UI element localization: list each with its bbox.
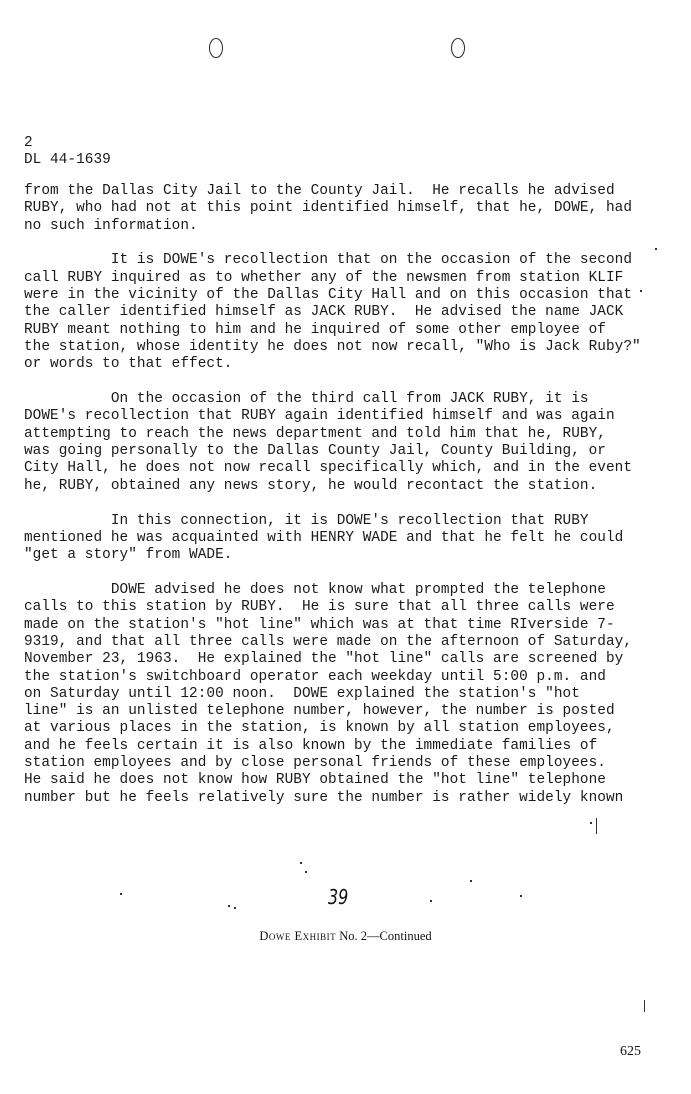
text-line: attempting to reach the news department …: [24, 426, 684, 443]
paragraph-4: In this connection, it is DOWE's recolle…: [24, 513, 684, 565]
handwritten-page-mark: 39: [328, 885, 348, 909]
text-line: It is DOWE's recollection that on the oc…: [24, 252, 684, 269]
page-number-top: 2: [24, 135, 111, 152]
text-line: from the Dallas City Jail to the County …: [24, 183, 684, 200]
punch-hole-right: [451, 38, 465, 58]
text-line: was going personally to the Dallas Count…: [24, 443, 684, 460]
punch-hole-left: [209, 38, 223, 58]
text-line: number but he feels relatively sure the …: [24, 790, 684, 807]
text-line: made on the station's "hot line" which w…: [24, 617, 684, 634]
page-number: 625: [620, 1044, 641, 1060]
text-line: He said he does not know how RUBY obtain…: [24, 772, 684, 789]
exhibit-caption-suffix: No. 2—Continued: [336, 929, 431, 943]
file-number: DL 44-1639: [24, 152, 111, 169]
text-line: he, RUBY, obtained any news story, he wo…: [24, 478, 684, 495]
text-line: line" is an unlisted telephone number, h…: [24, 703, 684, 720]
text-line: mentioned he was acquainted with HENRY W…: [24, 530, 684, 547]
text-line: no such information.: [24, 218, 684, 235]
text-line: 9319, and that all three calls were made…: [24, 634, 684, 651]
document-header: 2 DL 44-1639: [24, 135, 111, 170]
text-line: the caller identified himself as JACK RU…: [24, 304, 684, 321]
text-line: On the occasion of the third call from J…: [24, 391, 684, 408]
text-line: calls to this station by RUBY. He is sur…: [24, 599, 684, 616]
text-line: call RUBY inquired as to whether any of …: [24, 270, 684, 287]
exhibit-caption-prefix: Dowe Exhibit: [259, 929, 336, 943]
document-body: from the Dallas City Jail to the County …: [24, 183, 684, 807]
text-line: "get a story" from WADE.: [24, 547, 684, 564]
text-line: RUBY, who had not at this point identifi…: [24, 200, 684, 217]
text-line: DOWE advised he does not know what promp…: [24, 582, 684, 599]
text-line: November 23, 1963. He explained the "hot…: [24, 651, 684, 668]
paragraph-2: It is DOWE's recollection that on the oc…: [24, 252, 684, 373]
text-line: the station's switchboard operator each …: [24, 669, 684, 686]
text-line: DOWE's recollection that RUBY again iden…: [24, 408, 684, 425]
text-line: station employees and by close personal …: [24, 755, 684, 772]
text-line: In this connection, it is DOWE's recolle…: [24, 513, 684, 530]
text-line: on Saturday until 12:00 noon. DOWE expla…: [24, 686, 684, 703]
text-line: and he feels certain it is also known by…: [24, 738, 684, 755]
text-line: the station, whose identity he does not …: [24, 339, 684, 356]
paragraph-5: DOWE advised he does not know what promp…: [24, 582, 684, 807]
text-line: or words to that effect.: [24, 356, 684, 373]
paragraph-1: from the Dallas City Jail to the County …: [24, 183, 684, 235]
exhibit-caption: Dowe Exhibit No. 2—Continued: [0, 929, 691, 944]
text-line: at various places in the station, is kno…: [24, 720, 684, 737]
text-line: City Hall, he does not now recall specif…: [24, 460, 684, 477]
paragraph-3: On the occasion of the third call from J…: [24, 391, 684, 495]
text-line: RUBY meant nothing to him and he inquire…: [24, 322, 684, 339]
text-line: were in the vicinity of the Dallas City …: [24, 287, 684, 304]
